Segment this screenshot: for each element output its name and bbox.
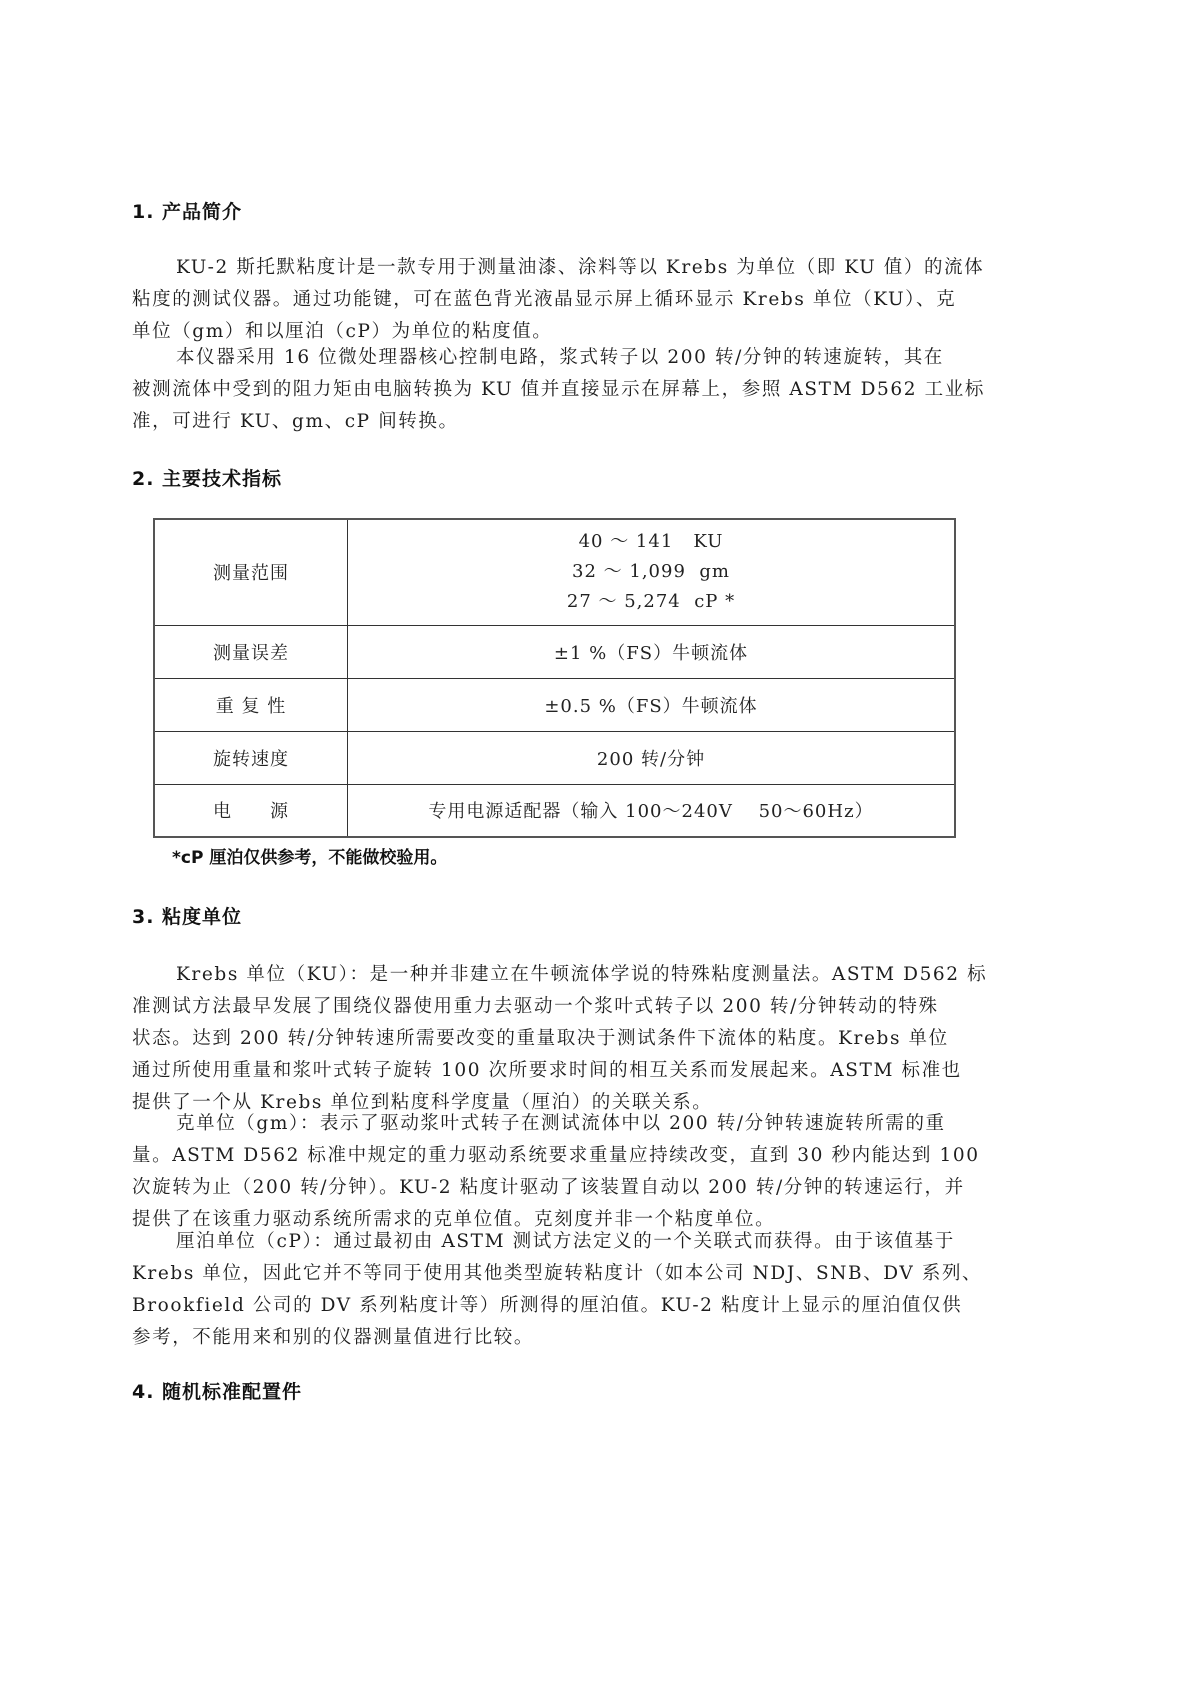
table-row: 测量误差 ±1 %（FS）牛顿流体 xyxy=(154,625,955,678)
text-line: 状态。达到 200 转/分钟转速所需要改变的重量取决于测试条件下流体的粘度。Kr… xyxy=(132,1023,972,1055)
text-line: Brookfield 公司的 DV 系列粘度计等）所测得的厘泊值。KU-2 粘度… xyxy=(132,1290,972,1322)
paragraph-gram-unit: 克单位（gm）：表示了驱动浆叶式转子在测试流体中以 200 转/分钟转速旋转所需… xyxy=(132,1108,972,1236)
text-line: Krebs 单位（KU）：是一种并非建立在牛顿流体学说的特殊粘度测量法。ASTM… xyxy=(132,959,972,991)
spec-label: 重 复 性 xyxy=(154,678,348,731)
text-line: 厘泊单位（cP）：通过最初由 ASTM 测试方法定义的一个关联式而获得。由于该值… xyxy=(132,1226,972,1258)
text-line: 参考，不能用来和别的仪器测量值进行比较。 xyxy=(132,1322,972,1354)
spec-label: 测量范围 xyxy=(154,519,348,625)
spec-table: 测量范围 40 ～ 141 KU 32 ～ 1,099 gm 27 ～ 5,27… xyxy=(153,518,956,838)
text-line: 通过所使用重量和浆叶式转子旋转 100 次所要求时间的相互关系而发展起来。AST… xyxy=(132,1055,972,1087)
table-row: 旋转速度 200 转/分钟 xyxy=(154,731,955,784)
text-line: 次旋转为止（200 转/分钟）。KU-2 粘度计驱动了该装置自动以 200 转/… xyxy=(132,1172,972,1204)
range-ku: 40 ～ 141 KU xyxy=(348,527,954,557)
text-line: Krebs 单位，因此它并不等同于使用其他类型旋转粘度计（如本公司 NDJ、SN… xyxy=(132,1258,972,1290)
spec-value: 200 转/分钟 xyxy=(348,731,956,784)
range-gm: 32 ～ 1,099 gm xyxy=(348,557,954,587)
spec-value-range: 40 ～ 141 KU 32 ～ 1,099 gm 27 ～ 5,274 cP … xyxy=(348,519,956,625)
text-line: 克单位（gm）：表示了驱动浆叶式转子在测试流体中以 200 转/分钟转速旋转所需… xyxy=(132,1108,972,1140)
range-cp: 27 ～ 5,274 cP * xyxy=(348,587,954,617)
text-line: 粘度的测试仪器。通过功能键，可在蓝色背光液晶显示屏上循环显示 Krebs 单位（… xyxy=(132,284,972,316)
paragraph-intro-2: 本仪器采用 16 位微处理器核心控制电路，浆式转子以 200 转/分钟的转速旋转… xyxy=(132,342,972,438)
spec-label: 电 源 xyxy=(154,784,348,837)
text-line: 准，可进行 KU、gm、cP 间转换。 xyxy=(132,406,972,438)
text-line: 准测试方法最早发展了围绕仪器使用重力去驱动一个浆叶式转子以 200 转/分钟转动… xyxy=(132,991,972,1023)
table-footnote: *cP 厘泊仅供参考，不能做校验用。 xyxy=(172,843,447,868)
spec-label: 测量误差 xyxy=(154,625,348,678)
spec-value: 专用电源适配器（输入 100～240V 50～60Hz） xyxy=(348,784,956,837)
paragraph-centipoise-unit: 厘泊单位（cP）：通过最初由 ASTM 测试方法定义的一个关联式而获得。由于该值… xyxy=(132,1226,972,1354)
spec-value: ±0.5 %（FS）牛顿流体 xyxy=(348,678,956,731)
table-row: 电 源 专用电源适配器（输入 100～240V 50～60Hz） xyxy=(154,784,955,837)
table-row: 测量范围 40 ～ 141 KU 32 ～ 1,099 gm 27 ～ 5,27… xyxy=(154,519,955,625)
text-line: KU-2 斯托默粘度计是一款专用于测量油漆、涂料等以 Krebs 为单位（即 K… xyxy=(132,252,972,284)
spec-value: ±1 %（FS）牛顿流体 xyxy=(348,625,956,678)
text-line: 量。ASTM D562 标准中规定的重力驱动系统要求重量应持续改变，直到 30 … xyxy=(132,1140,972,1172)
section-heading-viscosity-units: 3. 粘度单位 xyxy=(132,902,242,929)
paragraph-krebs-unit: Krebs 单位（KU）：是一种并非建立在牛顿流体学说的特殊粘度测量法。ASTM… xyxy=(132,959,972,1119)
section-heading-product-intro: 1. 产品简介 xyxy=(132,197,242,224)
spec-label: 旋转速度 xyxy=(154,731,348,784)
document-page: 1. 产品简介 KU-2 斯托默粘度计是一款专用于测量油漆、涂料等以 Krebs… xyxy=(0,0,1200,1697)
table-row: 重 复 性 ±0.5 %（FS）牛顿流体 xyxy=(154,678,955,731)
section-heading-specs: 2. 主要技术指标 xyxy=(132,464,282,491)
section-heading-standard-accessories: 4. 随机标准配置件 xyxy=(132,1377,302,1404)
text-line: 本仪器采用 16 位微处理器核心控制电路，浆式转子以 200 转/分钟的转速旋转… xyxy=(132,342,972,374)
paragraph-intro-1: KU-2 斯托默粘度计是一款专用于测量油漆、涂料等以 Krebs 为单位（即 K… xyxy=(132,252,972,348)
text-line: 被测流体中受到的阻力矩由电脑转换为 KU 值并直接显示在屏幕上，参照 ASTM … xyxy=(132,374,972,406)
